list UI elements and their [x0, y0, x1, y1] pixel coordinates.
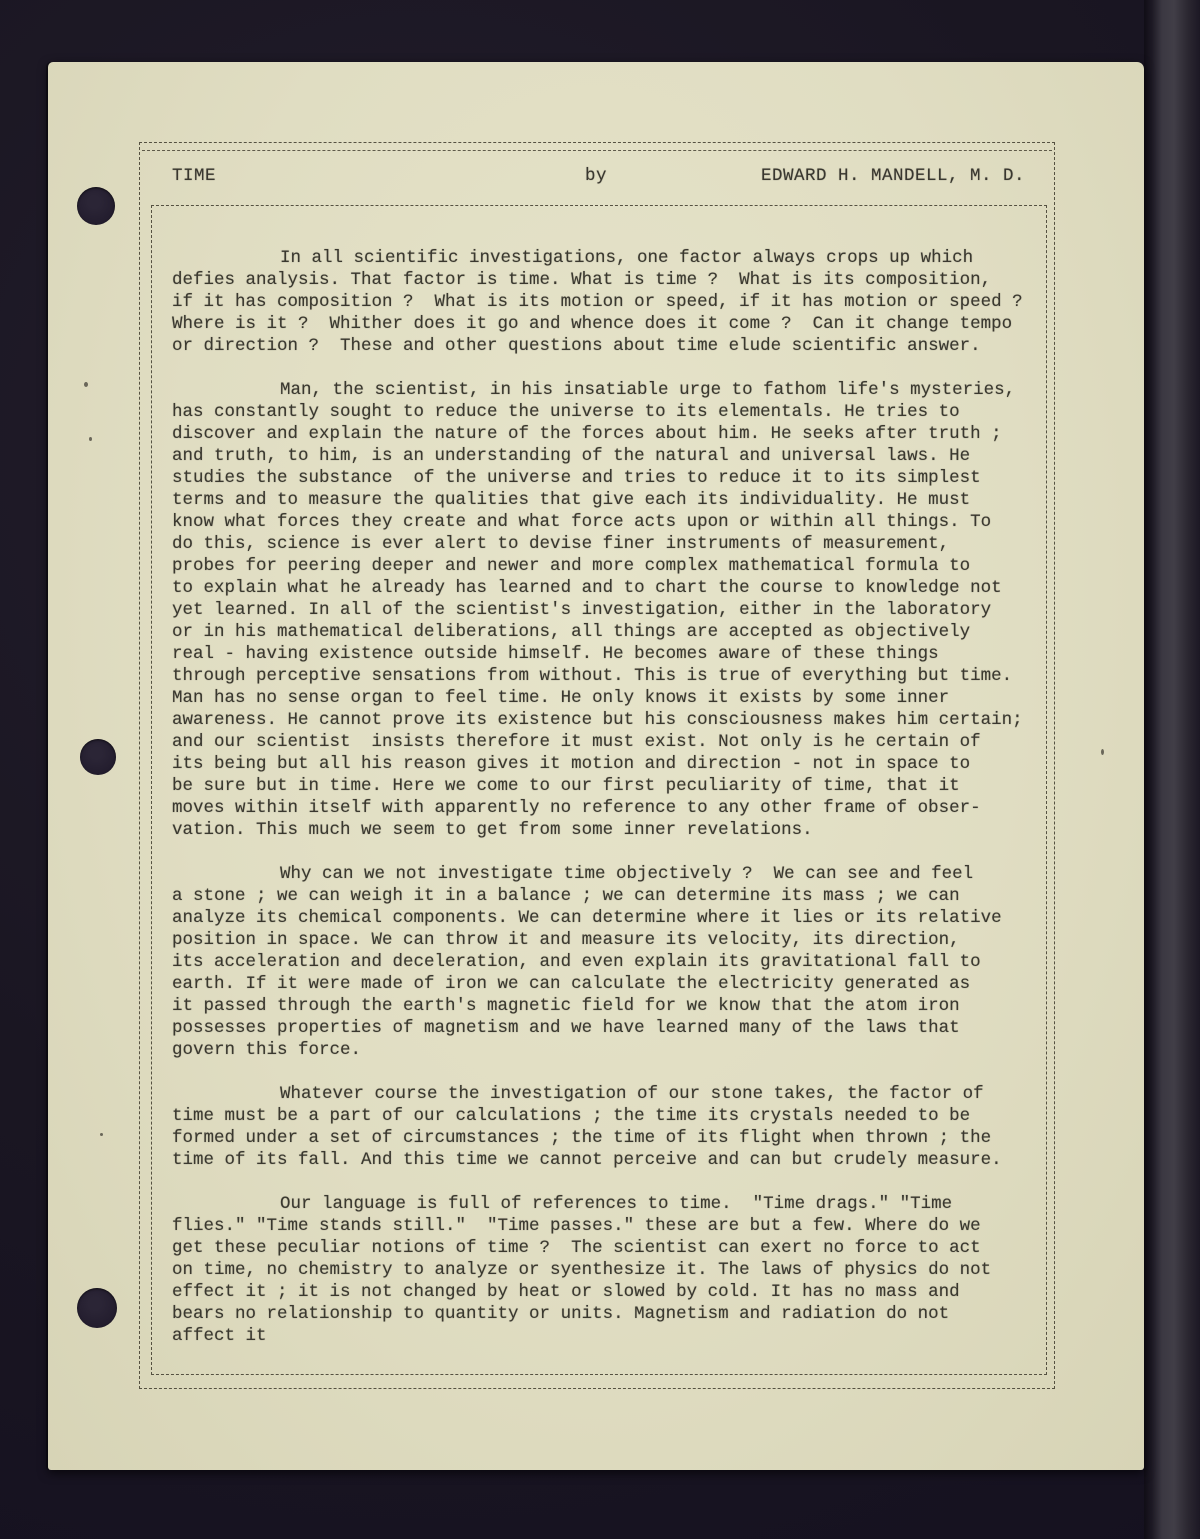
punch-hole-middle — [80, 739, 116, 775]
ink-speck — [1101, 749, 1104, 755]
scan-background: TIME by EDWARD H. MANDELL, M. D. In all … — [0, 0, 1200, 1539]
paragraph: Whatever course the investigation of our… — [172, 1083, 1052, 1171]
paragraph: Man, the scientist, in his insatiable ur… — [172, 379, 1052, 841]
punch-hole-top — [77, 187, 115, 225]
paragraph: Our language is full of references to ti… — [172, 1193, 1052, 1347]
byline: by — [585, 166, 607, 186]
ink-speck — [84, 382, 88, 387]
paragraph: Why can we not investigate time objectiv… — [172, 863, 1052, 1061]
document-header: TIME by EDWARD H. MANDELL, M. D. — [139, 142, 1053, 205]
ink-speck — [100, 1133, 103, 1136]
author-name: EDWARD H. MANDELL, M. D. — [761, 166, 1025, 186]
book-spine-edge — [1144, 0, 1200, 1539]
ink-speck — [89, 437, 92, 441]
document-page: TIME by EDWARD H. MANDELL, M. D. In all … — [48, 62, 1144, 1470]
paragraph: In all scientific investigations, one fa… — [172, 247, 1052, 357]
document-body: In all scientific investigations, one fa… — [172, 247, 1052, 1347]
page-title: TIME — [172, 166, 216, 186]
punch-hole-bottom — [77, 1288, 117, 1328]
